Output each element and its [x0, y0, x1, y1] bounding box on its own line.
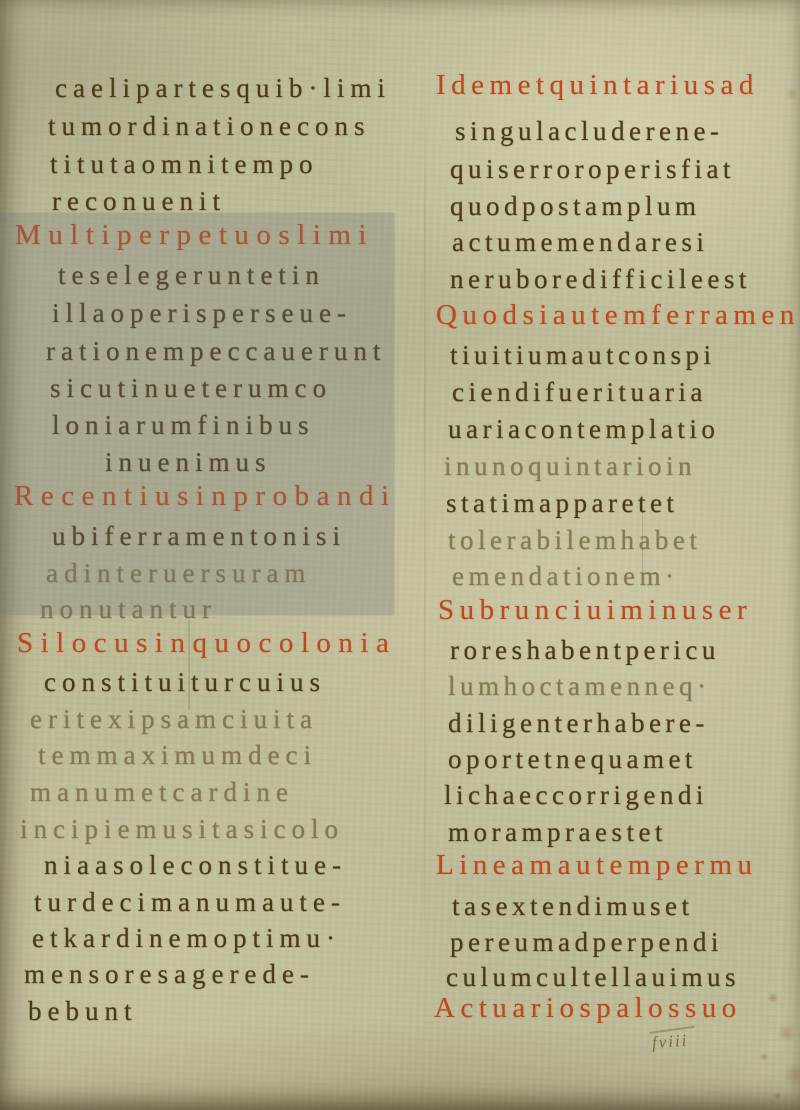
parchment-stain	[760, 70, 800, 130]
text-line: morampraestet	[448, 817, 667, 847]
text-line: niaasoleconstitue-	[44, 850, 347, 880]
rubric-line: Lineamautempermu	[436, 850, 758, 880]
text-line: statimapparetet	[446, 488, 678, 518]
text-line: tasextendimuset	[452, 891, 693, 921]
rubric-line: Quodsiautemferramen	[436, 300, 800, 330]
highlight-overlay	[0, 213, 394, 615]
text-line: tolerabilemhabet	[448, 525, 701, 555]
rubric-line: Idemetquintariusad	[436, 70, 759, 100]
quire-signature: fviii	[651, 1031, 689, 1053]
text-line: titutaomnitempo	[50, 149, 318, 179]
text-line: culumcultellauimus	[446, 962, 740, 992]
text-line: roreshabentpericu	[450, 635, 720, 665]
manuscript-page: caelipartesquib·limi tumordinationecons …	[0, 0, 800, 1110]
gutter-crease	[424, 50, 426, 1050]
text-line: actumemendaresi	[452, 227, 708, 257]
text-line: oportetnequamet	[448, 744, 697, 774]
text-line: inunoquintarioin	[444, 451, 696, 481]
text-line: constituiturcuius	[44, 667, 326, 697]
text-line: caelipartesquib·limi	[55, 73, 391, 103]
text-line: singulacluderene-	[455, 116, 723, 146]
text-line: tiuitiumautconspi	[450, 340, 716, 370]
text-line: pereumadperpendi	[450, 927, 723, 957]
text-line: mensoresagerede-	[24, 959, 315, 989]
text-line: uariacontemplatio	[448, 414, 719, 444]
rubric-line: Subrunciuiminuser	[438, 595, 752, 625]
text-line: turdecimanumaute-	[34, 887, 346, 917]
text-line: neruboredifficileest	[450, 264, 751, 294]
text-line: eritexipsamciuita	[30, 704, 318, 734]
text-line: emendationem·	[452, 561, 678, 591]
text-line: reconuenit	[52, 186, 226, 216]
parchment-crease	[188, 620, 190, 710]
text-line: lumhoctamenneq·	[448, 671, 710, 701]
text-line: manumetcardine	[30, 777, 294, 807]
parchment-stain	[710, 970, 800, 1110]
parchment-crease	[642, 495, 643, 575]
text-line: incipiemusitasicolo	[20, 814, 344, 844]
text-line: temmaximumdeci	[38, 740, 317, 770]
text-line: diligenterhabere-	[448, 708, 709, 738]
rubric-line: Actuariospalossuo	[434, 993, 742, 1023]
text-line: etkardinemoptimu·	[32, 923, 341, 953]
text-line: bebunt	[28, 996, 138, 1026]
text-line: tumordinationecons	[48, 111, 370, 141]
text-line: lichaeccorrigendi	[444, 780, 708, 810]
rubric-line: Silocusinquocolonia	[17, 628, 396, 658]
text-line: ciendifuerituaria	[452, 377, 707, 407]
text-line: quiserroroperisfiat	[450, 154, 735, 184]
text-line: quodpostamplum	[450, 191, 701, 221]
